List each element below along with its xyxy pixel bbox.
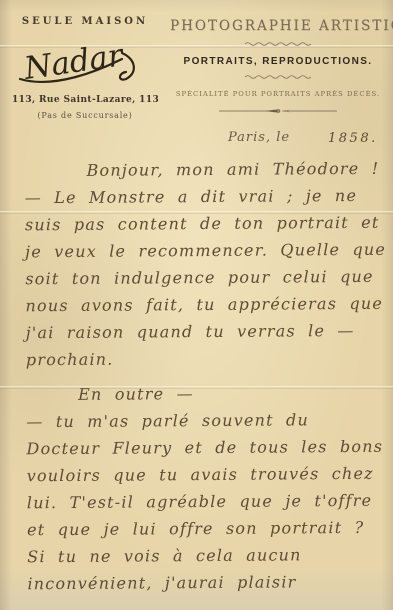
squiggle-rule-icon	[170, 41, 386, 47]
address-line: 113, Rue Saint-Lazare, 113	[12, 95, 158, 105]
letter-line: et que je lui offre son portrait ?	[27, 514, 388, 544]
nadar-signature-icon: Nadar	[12, 29, 158, 93]
letter-line: Si tu ne vois à cela aucun	[27, 541, 388, 571]
letter-line: Bonjour, mon ami Théodore !	[24, 155, 385, 185]
studio-subtitle: PORTRAITS, REPRODUCTIONS.	[170, 56, 386, 67]
letter-line: — tu m'as parlé souvent du	[26, 406, 387, 436]
seule-maison-label: SEULE MAISON	[12, 16, 158, 27]
signature-text: Nadar	[21, 37, 127, 87]
letter-line: inconvénient, j'aurai plaisir	[27, 568, 388, 598]
nadar-signature: Nadar	[12, 29, 158, 93]
letter-line: soit ton indulgence pour celui que	[25, 263, 386, 293]
letter-line: prochain.	[26, 344, 387, 374]
letter-line: — Le Monstre a dit vrai ; je ne	[25, 182, 386, 212]
letter-line: nous avons fait, tu apprécieras que	[25, 290, 386, 320]
letter-line: j'ai raison quand tu verras le —	[26, 317, 387, 347]
letterhead-left: SEULE MAISON Nadar 113, Rue Saint-Lazare…	[12, 16, 158, 120]
letter-line: suis pas content de ton portrait et	[25, 209, 386, 239]
branch-note: (Pas de Succursale)	[12, 111, 158, 120]
dateline: Paris, le 1858.	[0, 130, 393, 150]
letter-line: lui. T'est-il agréable que je t'offre	[27, 487, 388, 517]
paris-le-label: Paris, le	[228, 130, 290, 145]
year-handwritten: 1858.	[328, 131, 378, 146]
studio-title: PHOTOGRAPHIE ARTISTIQUE.	[170, 18, 386, 34]
squiggle-rule-icon	[170, 74, 386, 80]
letter-line: je veux le recommencer. Quelle que	[25, 236, 386, 266]
letter-line: En outre —	[26, 379, 387, 409]
letter-body: Bonjour, mon ami Théodore ! — Le Monstre…	[24, 155, 388, 598]
letterhead-right: PHOTOGRAPHIE ARTISTIQUE. PORTRAITS, REPR…	[170, 18, 386, 115]
ornament-rule-icon	[170, 107, 386, 115]
letter-line: Docteur Fleury et de tous les bons	[26, 433, 387, 463]
letter-line: vouloirs que tu avais trouvés chez	[27, 460, 388, 490]
letter-page: SEULE MAISON Nadar 113, Rue Saint-Lazare…	[0, 0, 393, 610]
specialty-line: SPÉCIALITÉ POUR PORTRAITS APRÈS DÉCÈS.	[170, 90, 386, 98]
